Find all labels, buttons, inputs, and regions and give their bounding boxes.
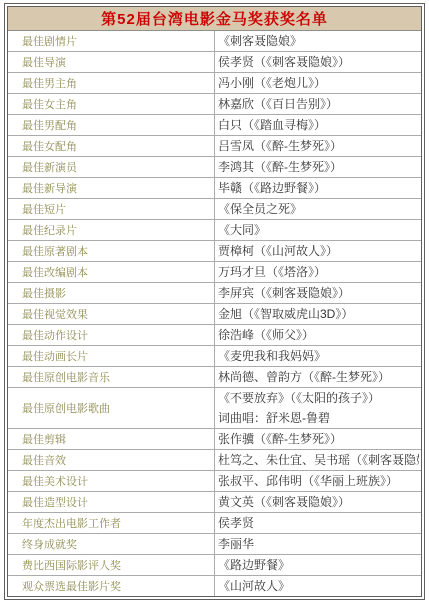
award-category-label: 最佳原创电影音乐: [22, 372, 110, 384]
award-row: 最佳音效 杜笃之、朱仕宜、吴书瑶（《刺客聂隐娘》）: [8, 450, 421, 471]
award-row: 最佳纪录片 《大同》: [8, 220, 421, 241]
award-winner-cell: 白只（《踏血寻梅》）: [215, 115, 422, 136]
award-winner-text: 张作骥（《醉-生梦死》）: [218, 429, 419, 449]
award-winner-text: 贾樟柯（《山河故人》）: [218, 241, 419, 261]
award-category-label: 最佳美术设计: [22, 476, 88, 488]
award-category-label: 最佳导演: [22, 57, 66, 69]
award-category-label: 最佳造型设计: [22, 497, 88, 509]
award-category-cell: 最佳纪录片: [8, 220, 215, 241]
award-winner-text: 金旭（《智取威虎山3D》）: [218, 304, 419, 324]
award-row: 最佳女配角 吕雪凤（《醉-生梦死》）: [8, 136, 421, 157]
award-category-cell: 最佳女主角: [8, 94, 215, 115]
award-row: 费比西国际影评人奖 《路边野餐》: [8, 555, 421, 576]
award-winner-cell: 李屏宾（《刺客聂隐娘》）: [215, 283, 422, 304]
award-winner-cell: 吕雪凤（《醉-生梦死》）: [215, 136, 422, 157]
award-winner-cell: 金旭（《智取威虎山3D》）: [215, 304, 422, 325]
award-winner-cell: 林嘉欣（《百日告别》）: [215, 94, 422, 115]
award-winner-text: 李屏宾（《刺客聂隐娘》）: [218, 283, 419, 303]
award-category-label: 年度杰出电影工作者: [22, 518, 121, 530]
award-category-label: 最佳纪录片: [22, 225, 77, 237]
award-winner-text: 林嘉欣（《百日告别》）: [218, 94, 419, 114]
award-row: 最佳美术设计 张叔平、邱伟明（《华丽上班族》）: [8, 471, 421, 492]
award-category-cell: 最佳女配角: [8, 136, 215, 157]
award-winner-text: 侯孝贤: [218, 513, 419, 533]
award-winner-cell: 《保全员之死》: [215, 199, 422, 220]
award-row: 最佳剧情片 《刺客聂隐娘》: [8, 31, 421, 52]
awards-table: 第52届台湾电影金马奖获奖名单 最佳剧情片 《刺客聂隐娘》 最佳导演 侯孝贤（《…: [8, 7, 421, 596]
awards-table-body: 最佳剧情片 《刺客聂隐娘》 最佳导演 侯孝贤（《刺客聂隐娘》） 最佳男主角 冯小…: [8, 31, 421, 597]
award-winner-text-line2: 词曲唱：舒米恩-鲁碧: [218, 408, 419, 428]
award-winner-text: 李丽华: [218, 534, 419, 554]
award-winner-text: 《大同》: [218, 220, 419, 240]
award-row: 最佳摄影 李屏宾（《刺客聂隐娘》）: [8, 283, 421, 304]
award-category-label: 最佳摄影: [22, 288, 66, 300]
award-category-label: 最佳原创电影歌曲: [22, 403, 110, 415]
award-winner-cell: 《刺客聂隐娘》: [215, 31, 422, 52]
award-category-cell: 最佳剧情片: [8, 31, 215, 52]
award-row: 最佳男配角 白只（《踏血寻梅》）: [8, 115, 421, 136]
award-category-cell: 最佳摄影: [8, 283, 215, 304]
award-winner-cell: 《不要放弃》（《太阳的孩子》） 词曲唱：舒米恩-鲁碧: [215, 388, 422, 429]
award-winner-cell: 毕赣（《路边野餐》）: [215, 178, 422, 199]
award-row: 最佳新导演 毕赣（《路边野餐》）: [8, 178, 421, 199]
award-winner-cell: 《麦兜我和我妈妈》: [215, 346, 422, 367]
award-winner-cell: 徐浩峰（《师父》）: [215, 325, 422, 346]
award-category-cell: 最佳原著剧本: [8, 241, 215, 262]
award-row: 年度杰出电影工作者 侯孝贤: [8, 513, 421, 534]
award-category-label: 最佳新导演: [22, 183, 77, 195]
award-winner-text: 吕雪凤（《醉-生梦死》）: [218, 136, 419, 156]
award-winner-text: 《保全员之死》: [218, 199, 419, 219]
award-row: 最佳原创电影歌曲 《不要放弃》（《太阳的孩子》） 词曲唱：舒米恩-鲁碧: [8, 388, 421, 429]
award-category-cell: 最佳原创电影音乐: [8, 367, 215, 388]
award-category-cell: 最佳音效: [8, 450, 215, 471]
award-category-label: 最佳新演员: [22, 162, 77, 174]
award-winner-text: 林尚德、曾韵方（《醉-生梦死》）: [218, 367, 419, 387]
award-winner-cell: 侯孝贤: [215, 513, 422, 534]
award-winner-cell: 《大同》: [215, 220, 422, 241]
award-category-cell: 最佳原创电影歌曲: [8, 388, 215, 429]
award-category-label: 最佳剧情片: [22, 36, 77, 48]
award-row: 最佳改编剧本 万玛才旦（《塔洛》）: [8, 262, 421, 283]
award-category-cell: 最佳新演员: [8, 157, 215, 178]
award-winner-cell: 《路边野餐》: [215, 555, 422, 576]
award-category-label: 最佳原著剧本: [22, 246, 88, 258]
title-row: 第52届台湾电影金马奖获奖名单: [8, 7, 421, 31]
award-winner-cell: 侯孝贤（《刺客聂隐娘》）: [215, 52, 422, 73]
award-row: 最佳剪辑 张作骥（《醉-生梦死》）: [8, 429, 421, 450]
award-row: 终身成就奖 李丽华: [8, 534, 421, 555]
award-winner-cell: 张作骥（《醉-生梦死》）: [215, 429, 422, 450]
award-row: 最佳新演员 李鸿其（《醉-生梦死》）: [8, 157, 421, 178]
award-row: 最佳原创电影音乐 林尚德、曾韵方（《醉-生梦死》）: [8, 367, 421, 388]
award-category-label: 最佳短片: [22, 204, 66, 216]
awards-table-header: 第52届台湾电影金马奖获奖名单: [8, 7, 421, 31]
award-winner-text: 徐浩峰（《师父》）: [218, 325, 419, 345]
award-winner-text: 《山河故人》: [218, 576, 419, 596]
award-category-cell: 最佳男配角: [8, 115, 215, 136]
award-winner-cell: 贾樟柯（《山河故人》）: [215, 241, 422, 262]
award-winner-text: 毕赣（《路边野餐》）: [218, 178, 419, 198]
award-category-cell: 最佳剪辑: [8, 429, 215, 450]
award-category-cell: 最佳新导演: [8, 178, 215, 199]
award-category-label: 最佳男主角: [22, 78, 77, 90]
award-category-cell: 最佳导演: [8, 52, 215, 73]
award-category-label: 最佳女主角: [22, 99, 77, 111]
award-row: 最佳造型设计 黄文英（《刺客聂隐娘》）: [8, 492, 421, 513]
award-category-cell: 年度杰出电影工作者: [8, 513, 215, 534]
award-row: 最佳导演 侯孝贤（《刺客聂隐娘》）: [8, 52, 421, 73]
award-category-cell: 最佳男主角: [8, 73, 215, 94]
award-winner-cell: 《山河故人》: [215, 576, 422, 597]
award-category-cell: 最佳视觉效果: [8, 304, 215, 325]
award-winner-text: 白只（《踏血寻梅》）: [218, 115, 419, 135]
award-category-cell: 最佳动画长片: [8, 346, 215, 367]
award-winner-text: 杜笃之、朱仕宜、吴书瑶（《刺客聂隐娘》）: [218, 450, 419, 470]
award-category-cell: 最佳短片: [8, 199, 215, 220]
award-category-label: 最佳动画长片: [22, 351, 88, 363]
award-winner-text: 黄文英（《刺客聂隐娘》）: [218, 492, 419, 512]
award-winner-cell: 张叔平、邱伟明（《华丽上班族》）: [215, 471, 422, 492]
award-row: 观众票选最佳影片奖 《山河故人》: [8, 576, 421, 597]
award-category-cell: 最佳造型设计: [8, 492, 215, 513]
award-category-label: 终身成就奖: [22, 539, 77, 551]
award-winner-text: 《路边野餐》: [218, 555, 419, 575]
award-winner-text: 冯小刚（《老炮儿》）: [218, 73, 419, 93]
award-category-label: 观众票选最佳影片奖: [22, 581, 121, 593]
award-category-cell: 观众票选最佳影片奖: [8, 576, 215, 597]
award-winner-cell: 万玛才旦（《塔洛》）: [215, 262, 422, 283]
award-row: 最佳原著剧本 贾樟柯（《山河故人》）: [8, 241, 421, 262]
award-category-cell: 最佳美术设计: [8, 471, 215, 492]
award-winner-text: 侯孝贤（《刺客聂隐娘》）: [218, 52, 419, 72]
award-winner-cell: 李鸿其（《醉-生梦死》）: [215, 157, 422, 178]
award-row: 最佳动画长片 《麦兜我和我妈妈》: [8, 346, 421, 367]
award-winner-text: 《不要放弃》（《太阳的孩子》）: [218, 388, 419, 408]
award-category-label: 最佳剪辑: [22, 434, 66, 446]
award-category-label: 最佳男配角: [22, 120, 77, 132]
award-row: 最佳视觉效果 金旭（《智取威虎山3D》）: [8, 304, 421, 325]
award-winner-text: 张叔平、邱伟明（《华丽上班族》）: [218, 471, 419, 491]
award-category-cell: 最佳改编剧本: [8, 262, 215, 283]
award-winner-cell: 杜笃之、朱仕宜、吴书瑶（《刺客聂隐娘》）: [215, 450, 422, 471]
award-winner-text: 李鸿其（《醉-生梦死》）: [218, 157, 419, 177]
award-row: 最佳女主角 林嘉欣（《百日告别》）: [8, 94, 421, 115]
award-category-label: 最佳视觉效果: [22, 309, 88, 321]
award-category-cell: 费比西国际影评人奖: [8, 555, 215, 576]
award-row: 最佳动作设计 徐浩峰（《师父》）: [8, 325, 421, 346]
award-winner-cell: 冯小刚（《老炮儿》）: [215, 73, 422, 94]
award-winner-cell: 黄文英（《刺客聂隐娘》）: [215, 492, 422, 513]
award-category-label: 最佳女配角: [22, 141, 77, 153]
award-winner-cell: 林尚德、曾韵方（《醉-生梦死》）: [215, 367, 422, 388]
award-category-cell: 最佳动作设计: [8, 325, 215, 346]
award-category-label: 最佳音效: [22, 455, 66, 467]
award-row: 最佳短片 《保全员之死》: [8, 199, 421, 220]
award-winner-text: 《麦兜我和我妈妈》: [218, 346, 419, 366]
award-row: 最佳男主角 冯小刚（《老炮儿》）: [8, 73, 421, 94]
awards-table-frame: 第52届台湾电影金马奖获奖名单 最佳剧情片 《刺客聂隐娘》 最佳导演 侯孝贤（《…: [4, 3, 425, 600]
table-title: 第52届台湾电影金马奖获奖名单: [8, 7, 421, 31]
award-category-label: 最佳动作设计: [22, 330, 88, 342]
award-winner-cell: 李丽华: [215, 534, 422, 555]
award-category-cell: 终身成就奖: [8, 534, 215, 555]
award-winner-text: 《刺客聂隐娘》: [218, 31, 419, 51]
award-category-label: 费比西国际影评人奖: [22, 560, 121, 572]
award-category-label: 最佳改编剧本: [22, 267, 88, 279]
award-winner-text: 万玛才旦（《塔洛》）: [218, 262, 419, 282]
